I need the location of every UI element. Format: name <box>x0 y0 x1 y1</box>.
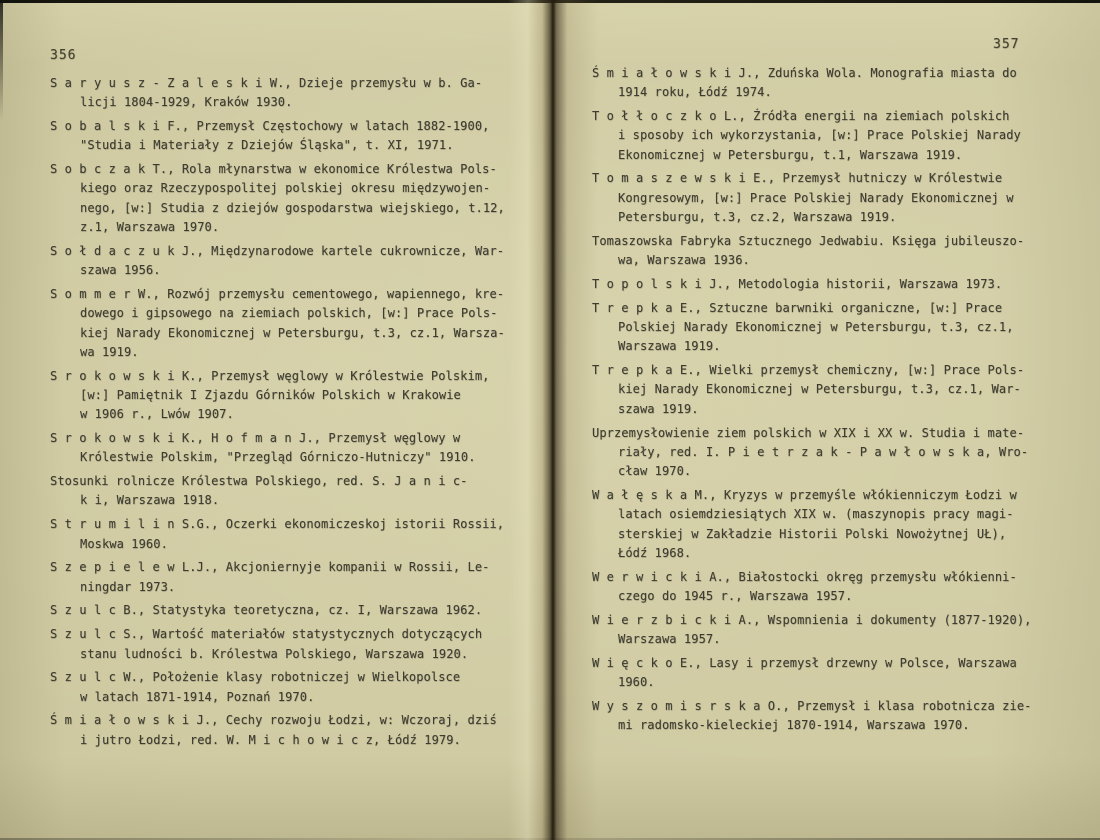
bibliography-entry: S o b c z a k T., Rola młynarstwa w ekon… <box>50 160 530 237</box>
bibliography-entry: Tomaszowska Fabryka Sztucznego Jedwabiu.… <box>592 232 1072 271</box>
bibliography-entry: Uprzemysłowienie ziem polskich w XIX i X… <box>592 424 1072 482</box>
bibliography-entry: W a ł ę s k a M., Kryzys w przemyśle włó… <box>592 486 1072 563</box>
bibliography-entry: T o p o l s k i J., Metodologia historii… <box>592 275 1072 294</box>
bibliography-entry: W e r w i c k i A., Białostocki okręg pr… <box>592 568 1072 607</box>
bibliography-entry: Ś m i a ł o w s k i J., Cechy rozwoju Ło… <box>50 711 530 750</box>
bibliography-entry: S o b a l s k i F., Przemysł Częstochowy… <box>50 117 530 156</box>
book-scan: 356 357 S a r y u s z - Z a l e s k i W.… <box>0 0 1100 840</box>
bibliography-entry: T o ł ł o c z k o L., Źródła energii na … <box>592 107 1072 165</box>
bibliography-entry: S r o k o w s k i K., H o f m a n J., Pr… <box>50 429 530 468</box>
bibliography-entry: Stosunki rolnicze Królestwa Polskiego, r… <box>50 472 530 511</box>
bibliography-entry: W i ę c k o E., Lasy i przemysł drzewny … <box>592 654 1072 693</box>
bibliography-entry: S a r y u s z - Z a l e s k i W., Dzieje… <box>50 74 530 113</box>
bibliography-entry: S z u l c S., Wartość materiałów statyst… <box>50 625 530 664</box>
scan-edge-left <box>0 0 3 120</box>
bibliography-entry: S z u l c B., Statystyka teoretyczna, cz… <box>50 601 530 620</box>
bibliography-entry: T r e p k a E., Wielki przemysł chemiczn… <box>592 361 1072 419</box>
bibliography-entry: W i e r z b i c k i A., Wspomnienia i do… <box>592 611 1072 650</box>
bibliography-list-left: S a r y u s z - Z a l e s k i W., Dzieje… <box>50 74 530 755</box>
bibliography-entry: S t r u m i l i n S.G., Oczerki ekonomic… <box>50 515 530 554</box>
bibliography-entry: S o m m e r W., Rozwój przemysłu cemento… <box>50 285 530 362</box>
bibliography-entry: T r e p k a E., Sztuczne barwniki organi… <box>592 299 1072 357</box>
bibliography-list-right: Ś m i a ł o w s k i J., Zduńska Wola. Mo… <box>592 64 1072 740</box>
bibliography-entry: T o m a s z e w s k i E., Przemysł hutni… <box>592 169 1072 227</box>
bibliography-entry: W y s z o m i s r s k a O., Przemysł i k… <box>592 697 1072 736</box>
bibliography-entry: S z u l c W., Położenie klasy robotnicze… <box>50 668 530 707</box>
bibliography-entry: S o ł d a c z u k J., Międzynarodowe kar… <box>50 242 530 281</box>
page-number-right: 357 <box>993 37 1019 52</box>
bibliography-entry: Ś m i a ł o w s k i J., Zduńska Wola. Mo… <box>592 64 1072 103</box>
bibliography-entry: S r o k o w s k i K., Przemysł węglowy w… <box>50 367 530 425</box>
page-number-left: 356 <box>50 48 76 63</box>
bibliography-entry: S z e p i e l e w L.J., Akcjoniernyje ko… <box>50 558 530 597</box>
